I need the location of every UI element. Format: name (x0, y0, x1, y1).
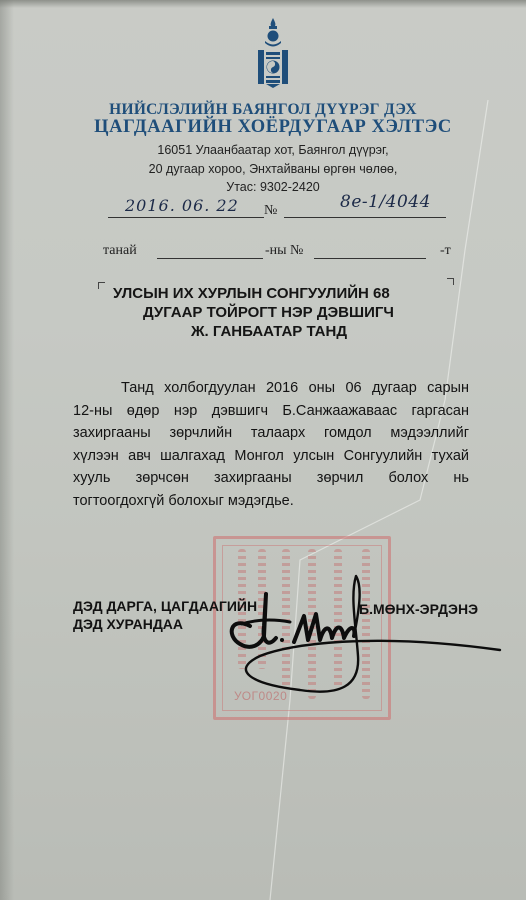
signer-title-line2: ДЭД ХУРАНДАА (73, 616, 183, 632)
your-date-blank (157, 258, 263, 259)
addressee-line3: Ж. ГАНБААТАР ТАНД (191, 323, 347, 340)
addressee-line2: ДУГААР ТОЙРОГТ НЭР ДЭВШИГЧ (143, 304, 394, 321)
soyombo-emblem-icon (255, 16, 291, 92)
your-number-label: -ны № (265, 243, 303, 259)
handwritten-date: 2016. 06. 22 (125, 196, 239, 215)
phone-number: Утас: 9302-2420 (10, 180, 526, 194)
organization-name-line2: ЦАГДААГИЙН ХОЁРДУГААР ХЭЛТЭС (10, 117, 526, 138)
your-label: танай (103, 243, 137, 259)
number-sign: № (264, 203, 277, 219)
number-underline (284, 217, 446, 218)
handwritten-reference-number: 8е-1/4044 (340, 192, 431, 212)
body-line: тогтоогдохгүй болохыг мэдэгдье. (73, 490, 469, 513)
body-line: хууль зөрчсөн захиргааны зөрчил болох нь (73, 467, 469, 490)
addressee-corner-left (98, 282, 105, 289)
addressee-line1: УЛСЫН ИХ ХУРЛЫН СОНГУУЛИЙН 68 (113, 285, 390, 302)
addressee-corner-right (447, 278, 454, 285)
body-line: захиргааны зөрчлийн талаарх гомдол мэдээ… (73, 422, 469, 445)
photo-shadow-top (0, 0, 526, 8)
date-underline (108, 217, 264, 218)
address-line2: 20 дугаар хороо, Энхтайваны өргөн чөлөө, (10, 162, 526, 176)
body-line: Танд холбогдуулан 2016 оны 06 дугаар сар… (73, 377, 469, 400)
address-line1: 16051 Улаанбаатар хот, Баянгол дүүрэг, (10, 143, 526, 157)
your-number-blank (314, 258, 426, 259)
body-line: 12-ны өдөр нэр дэвшигч Б.Санжаажаваас га… (73, 400, 469, 423)
letter-body: Танд холбогдуулан 2016 оны 06 дугаар сар… (73, 377, 469, 513)
letter-page: НИЙСЛЭЛИЙН БАЯНГОЛ ДҮҮРЭГ ДЭХ ЦАГДААГИЙН… (0, 0, 526, 900)
suffix-label: -т (440, 243, 451, 259)
handwritten-signature-icon (220, 566, 510, 706)
body-line: хүлээн авч шалгахад Монгол улсын Сонгуул… (73, 445, 469, 468)
